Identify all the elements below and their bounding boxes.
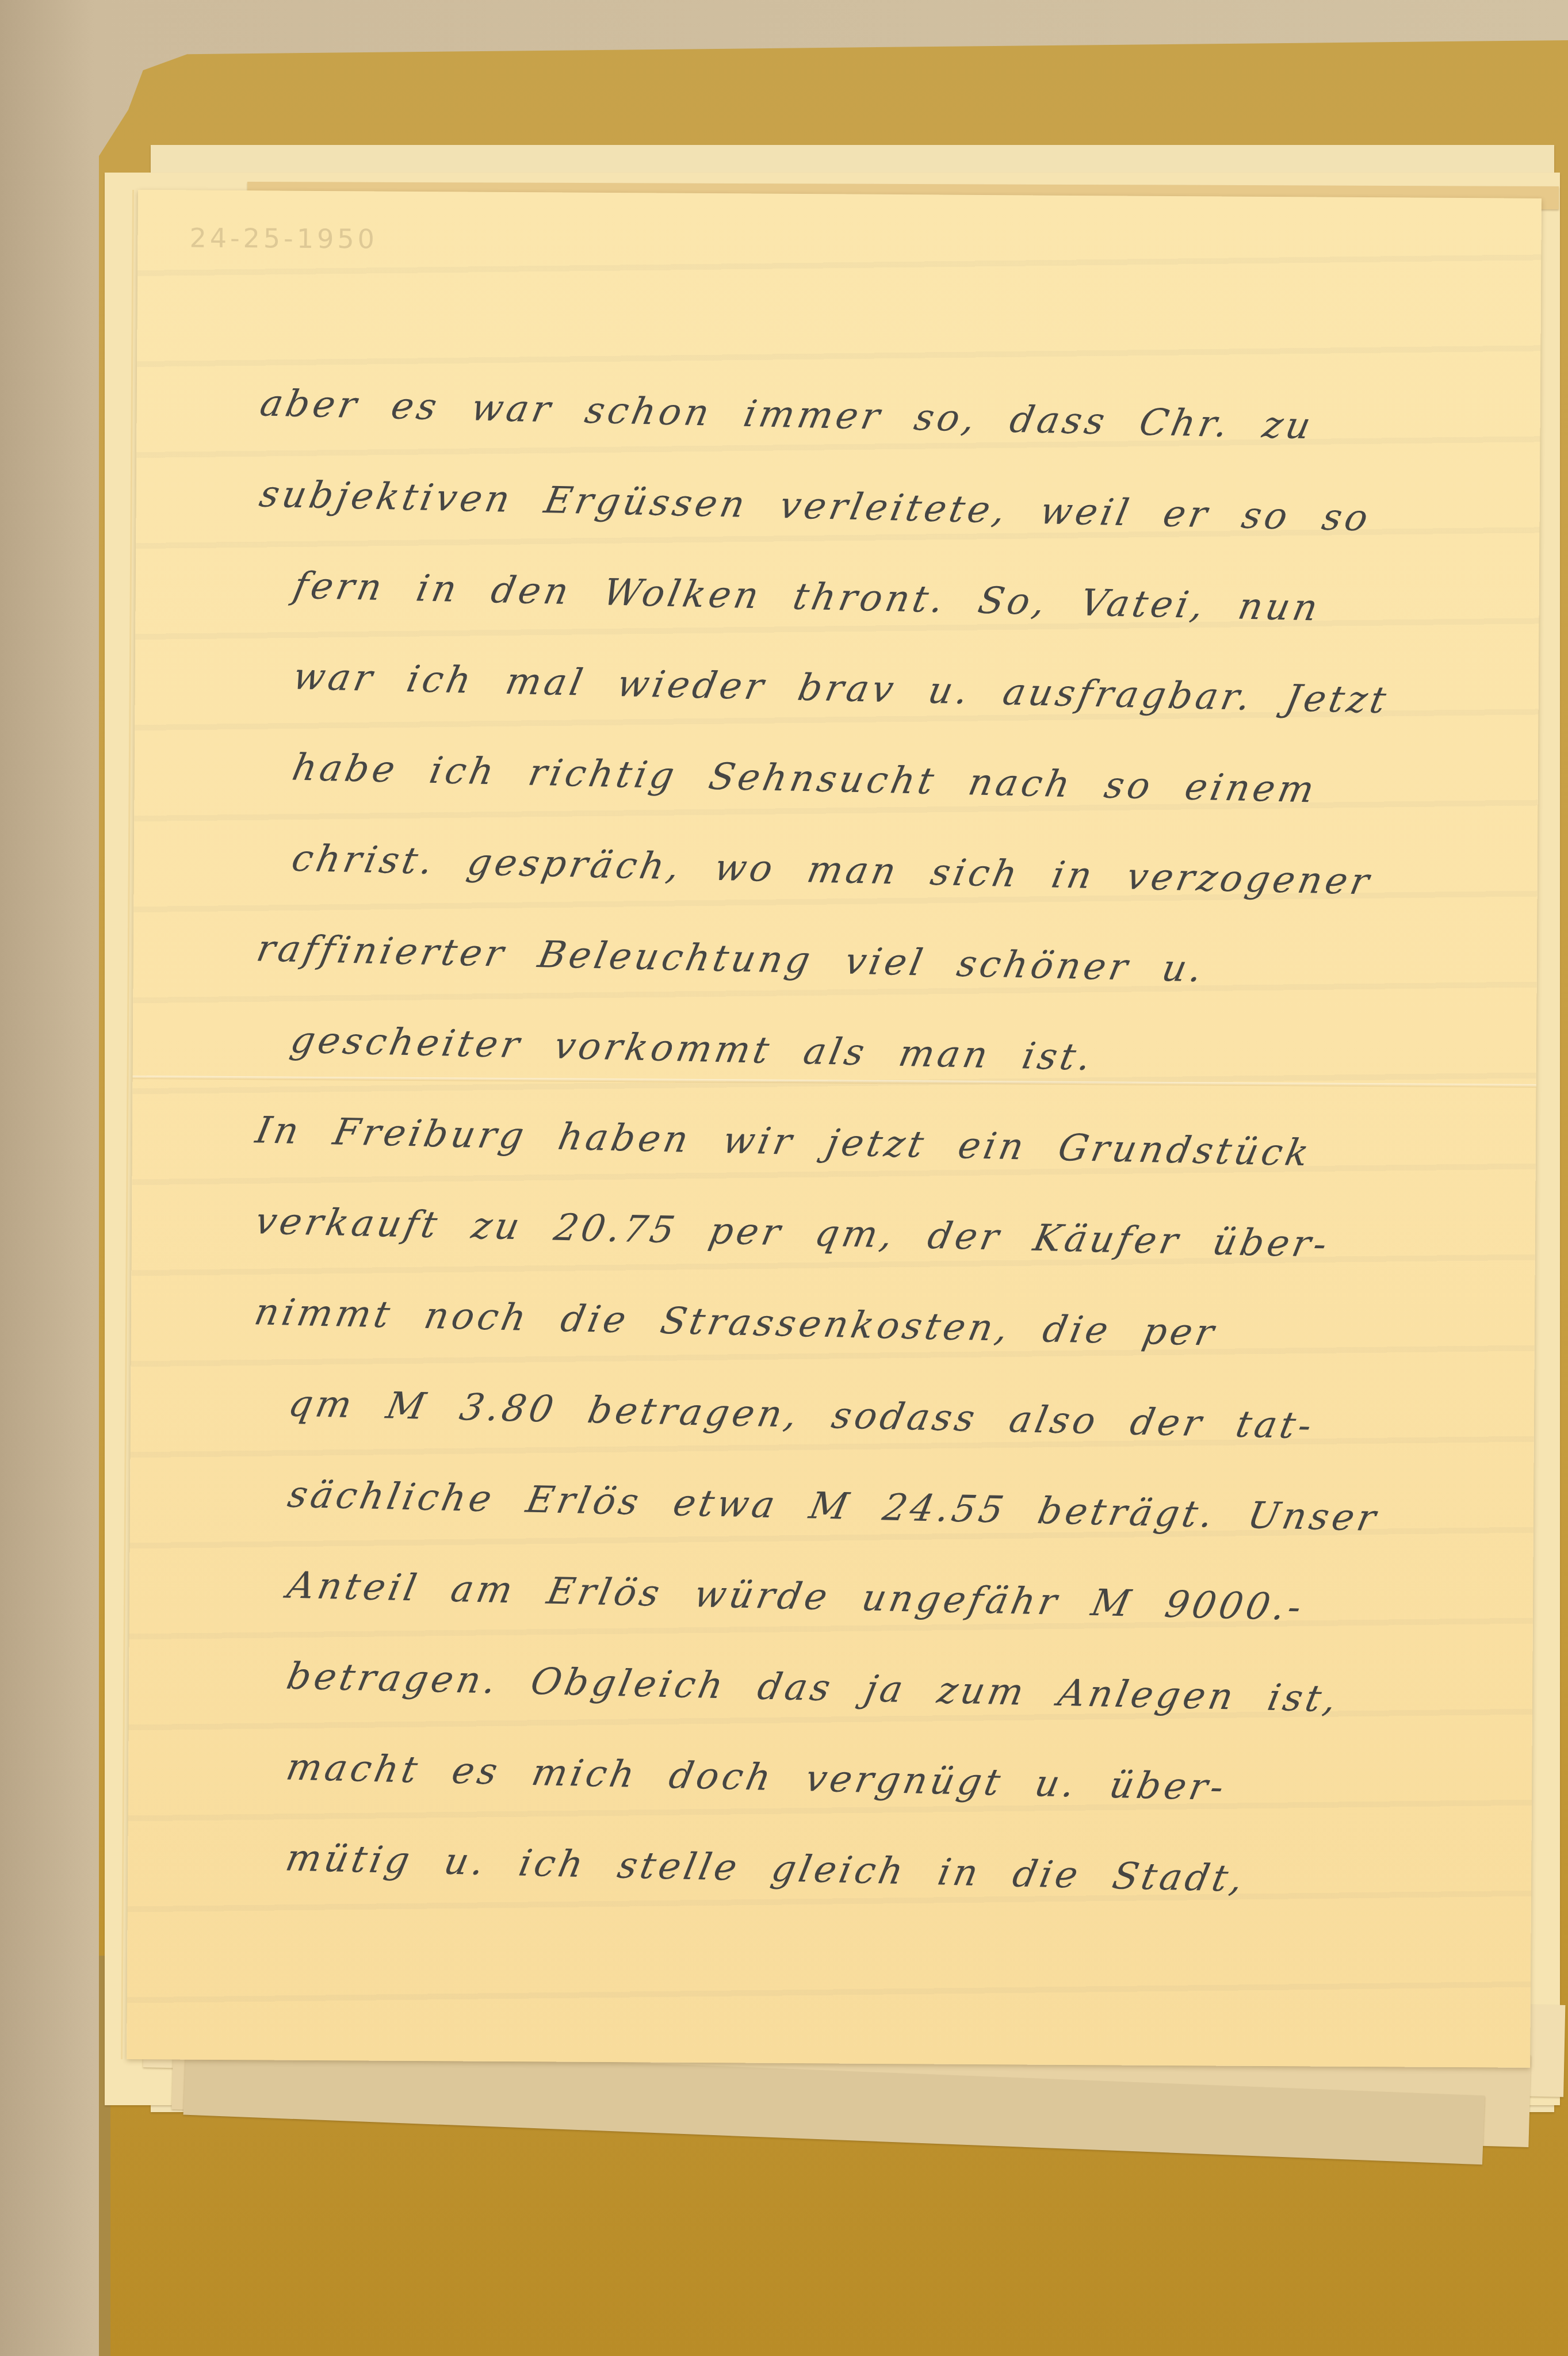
- handwritten-text: aber es war schon immer so, dass Chr. zu…: [248, 374, 1489, 1927]
- pencil-note: 24-25-1950: [189, 223, 378, 255]
- letter-page: 24-25-1950 aber es war schon immer so, d…: [127, 190, 1542, 2068]
